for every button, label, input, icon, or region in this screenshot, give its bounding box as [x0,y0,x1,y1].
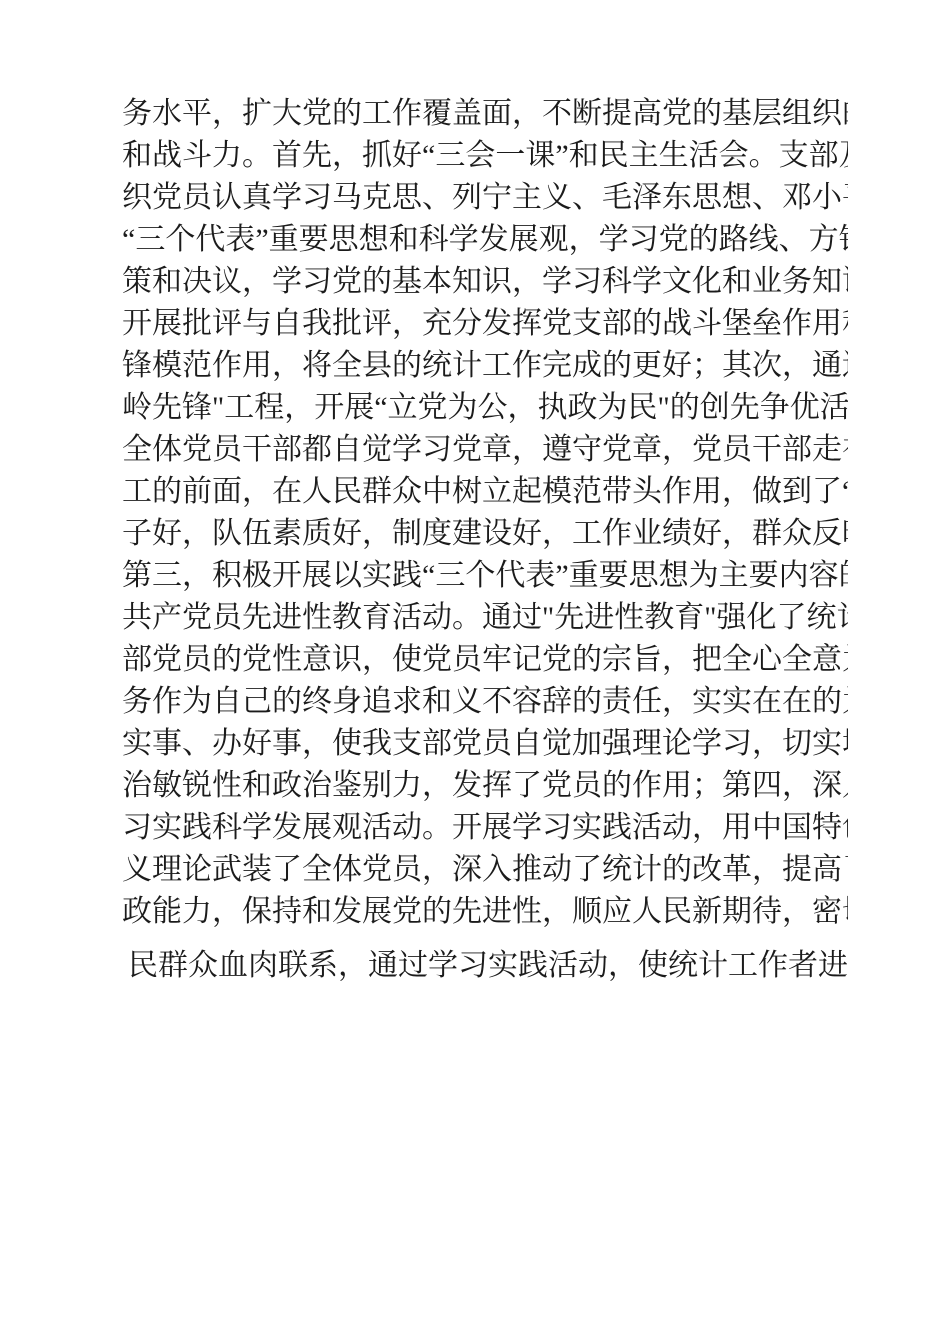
document-page: 务水平，扩大党的工作覆盖面，不断提高党的基层组织的凝聚力 和战斗力。首先，抓好“… [0,0,950,1344]
text-line: 务作为自己的终身追求和义不容辞的责任，实实在在的为群众办 [122,681,848,723]
text-line: 共产党员先进性教育活动。通过"先进性教育"强化了统计局支 [122,597,848,639]
text-line: 策和决议，学习党的基本知识，学习科学文化和业务知识。积极 [122,261,848,303]
text-line: 义理论武装了全体党员，深入推动了统计的改革，提高了党的执 [122,849,848,891]
text-line: 民群众血肉联系，通过学习实践活动，使统计工作者进一步解放 [122,945,848,987]
text-line: 工的前面，在人民群众中树立起模范带头作用，做到了“领导班 [122,471,848,513]
text-line: 务水平，扩大党的工作覆盖面，不断提高党的基层组织的凝聚力 [122,93,848,135]
text-line: 锋模范作用，将全县的统计工作完成的更好；其次，通过实施“云 [122,345,848,387]
text-line: 政能力，保持和发展党的先进性，顺应人民新期待，密切党和人 [122,891,848,933]
text-line: 和战斗力。首先，抓好“三会一课”和民主生活会。支部及时组 [122,135,848,177]
text-line: 习实践科学发展观活动。开展学习实践活动，用中国特色社会主 [122,807,848,849]
text-line: 部党员的党性意识，使党员牢记党的宗旨，把全心全意为人民服 [122,639,848,681]
text-line: 织党员认真学习马克思、列宁主义、毛泽东思想、邓小平理论、 [122,177,848,219]
text-line: 岭先锋"工程，开展“立党为公，执政为民"的创先争优活动。 [122,387,848,429]
text-line: 全体党员干部都自觉学习党章，遵守党章，党员干部走在一般职 [122,429,848,471]
text-line: 治敏锐性和政治鉴别力，发挥了党员的作用；第四，深入开展学 [122,765,848,807]
text-line: 开展批评与自我批评，充分发挥党支部的战斗堡垒作用和党的先 [122,303,848,345]
text-line: 子好，队伍素质好，制度建设好，工作业绩好，群众反映好”； [122,513,848,555]
text-line: 实事、办好事，使我支部党员自觉加强理论学习，切实增强了政 [122,723,848,765]
text-line: “三个代表”重要思想和科学发展观，学习党的路线、方针、政 [122,219,848,261]
body-text-block: 务水平，扩大党的工作覆盖面，不断提高党的基层组织的凝聚力 和战斗力。首先，抓好“… [122,93,848,987]
text-line: 第三，积极开展以实践“三个代表”重要思想为主要内容的保持 [122,555,848,597]
